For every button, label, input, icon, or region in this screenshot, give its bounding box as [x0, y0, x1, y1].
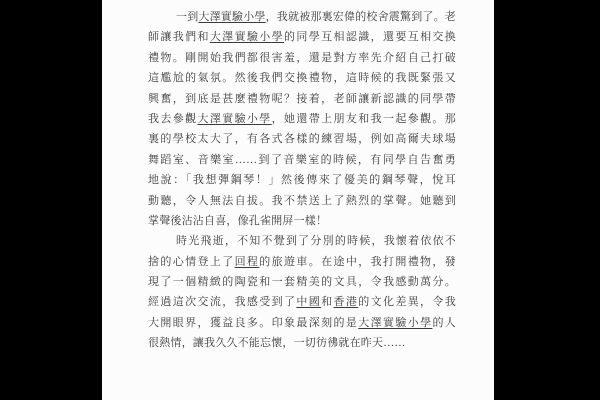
text-line: 捨的心情登上了回程的旅遊車。在途中，我打開禮物，發	[148, 252, 456, 272]
text-segment: 的文化差異，令我	[358, 296, 456, 308]
text-segment: 大開眼界，獲益良多。印象最深刻的是	[148, 317, 358, 329]
document-page: 一到大澤實驗小學，我就被那裏宏偉的校舍震驚到了。老師讓我們和大澤實驗小學的同學互…	[102, 0, 494, 400]
proper-noun-underlined: 大澤實驗小學	[358, 317, 432, 329]
text-line: 一到大澤實驗小學，我就被那裏宏偉的校舍震驚到了。老	[148, 7, 456, 27]
text-segment: 禮物。剛開始我們都很害羞，還是對方率先介紹自己打破	[148, 52, 456, 64]
proper-noun-underlined: 回程	[235, 256, 260, 268]
proper-noun-underlined: 大澤實驗小學	[197, 113, 271, 125]
text-line: 很熱情，讓我久久不能忘懷，一切彷彿就在昨天……	[148, 333, 456, 353]
text-segment: 裏的學校太大了，有各式各樣的練習場，例如高爾夫球場	[148, 133, 456, 145]
text-segment: 時光飛逝，不知不覺到了分別的時候，我懷着依依不	[176, 235, 456, 247]
text-segment: 我去參觀	[148, 113, 197, 125]
text-segment: 捨的心情登上了	[148, 256, 235, 268]
proper-noun-underlined: 中國	[296, 296, 321, 308]
text-line: 這尷尬的氣氛。然後我們交換禮物，這時候的我既緊張又	[148, 68, 456, 88]
paragraph-2: 時光飛逝，不知不覺到了分別的時候，我懷着依依不捨的心情登上了回程的旅遊車。在途中…	[148, 231, 456, 353]
text-segment: 這尷尬的氣氛。然後我們交換禮物，這時候的我既緊張又	[148, 72, 456, 84]
text-segment: 的旅遊車。在途中，我打開禮物，發	[259, 256, 456, 268]
text-segment: ，她還帶上朋友和我一起參觀。那	[272, 113, 456, 125]
screen-background: 一到大澤實驗小學，我就被那裏宏偉的校舍震驚到了。老師讓我們和大澤實驗小學的同學互…	[0, 0, 600, 400]
text-segment: ，我就被那裏宏偉的校舍震驚到了。老	[266, 11, 456, 23]
text-segment: 一到	[176, 11, 198, 23]
paragraph-1: 一到大澤實驗小學，我就被那裏宏偉的校舍震驚到了。老師讓我們和大澤實驗小學的同學互…	[148, 7, 456, 231]
text-line: 興奮，到底是甚麼禮物呢？接着，老師讓新認識的同學帶	[148, 89, 456, 109]
text-segment: 很熱情，讓我久久不能忘懷，一切彷彿就在昨天……	[148, 337, 406, 349]
essay-text-block: 一到大澤實驗小學，我就被那裏宏偉的校舍震驚到了。老師讓我們和大澤實驗小學的同學互…	[102, 0, 494, 354]
text-line: 地說：「我想彈鋼琴！」然後傳來了優美的鋼琴聲，悅耳	[148, 170, 456, 190]
proper-noun-underlined: 大澤實驗小學	[210, 31, 284, 43]
proper-noun-underlined: 大澤實驗小學	[198, 11, 265, 23]
text-line: 裏的學校太大了，有各式各樣的練習場，例如高爾夫球場	[148, 129, 456, 149]
text-line: 現了一個精緻的陶瓷和一套精美的文具，令我感動萬分。	[148, 272, 456, 292]
text-segment: 現了一個精緻的陶瓷和一套精美的文具，令我感動萬分。	[148, 276, 456, 288]
text-line: 動聽，令人無法自拔。我不禁送上了熱烈的掌聲。她聽到	[148, 191, 456, 211]
text-line: 經過這次交流，我感受到了中國和香港的文化差異，令我	[148, 292, 456, 312]
text-line: 時光飛逝，不知不覺到了分別的時候，我懷着依依不	[148, 231, 456, 251]
text-segment: 師讓我們和	[148, 31, 210, 43]
text-segment: 掌聲後沾沾自喜，像孔雀開屏一樣！	[148, 215, 327, 227]
text-segment: 舞蹈室、音樂室……到了音樂室的時候，有同學自告奮勇	[148, 154, 456, 166]
text-line: 師讓我們和大澤實驗小學的同學互相認識，還要互相交換	[148, 27, 456, 47]
text-segment: 地說：「我想彈鋼琴！」然後傳來了優美的鋼琴聲，悅耳	[148, 174, 456, 186]
text-line: 禮物。剛開始我們都很害羞，還是對方率先介紹自己打破	[148, 48, 456, 68]
text-line: 我去參觀大澤實驗小學，她還帶上朋友和我一起參觀。那	[148, 109, 456, 129]
text-segment: 興奮，到底是甚麼禮物呢？接着，老師讓新認識的同學帶	[148, 93, 456, 105]
text-segment: 經過這次交流，我感受到了	[148, 296, 296, 308]
proper-noun-underlined: 香港	[334, 296, 359, 308]
text-line: 舞蹈室、音樂室……到了音樂室的時候，有同學自告奮勇	[148, 150, 456, 170]
text-line: 掌聲後沾沾自喜，像孔雀開屏一樣！	[148, 211, 456, 231]
text-segment: 的人	[432, 317, 456, 329]
text-line: 大開眼界，獲益良多。印象最深刻的是大澤實驗小學的人	[148, 313, 456, 333]
text-segment: 的同學互相認識，還要互相交換	[284, 31, 456, 43]
text-segment: 和	[321, 296, 333, 308]
text-segment: 動聽，令人無法自拔。我不禁送上了熱烈的掌聲。她聽到	[148, 195, 456, 207]
